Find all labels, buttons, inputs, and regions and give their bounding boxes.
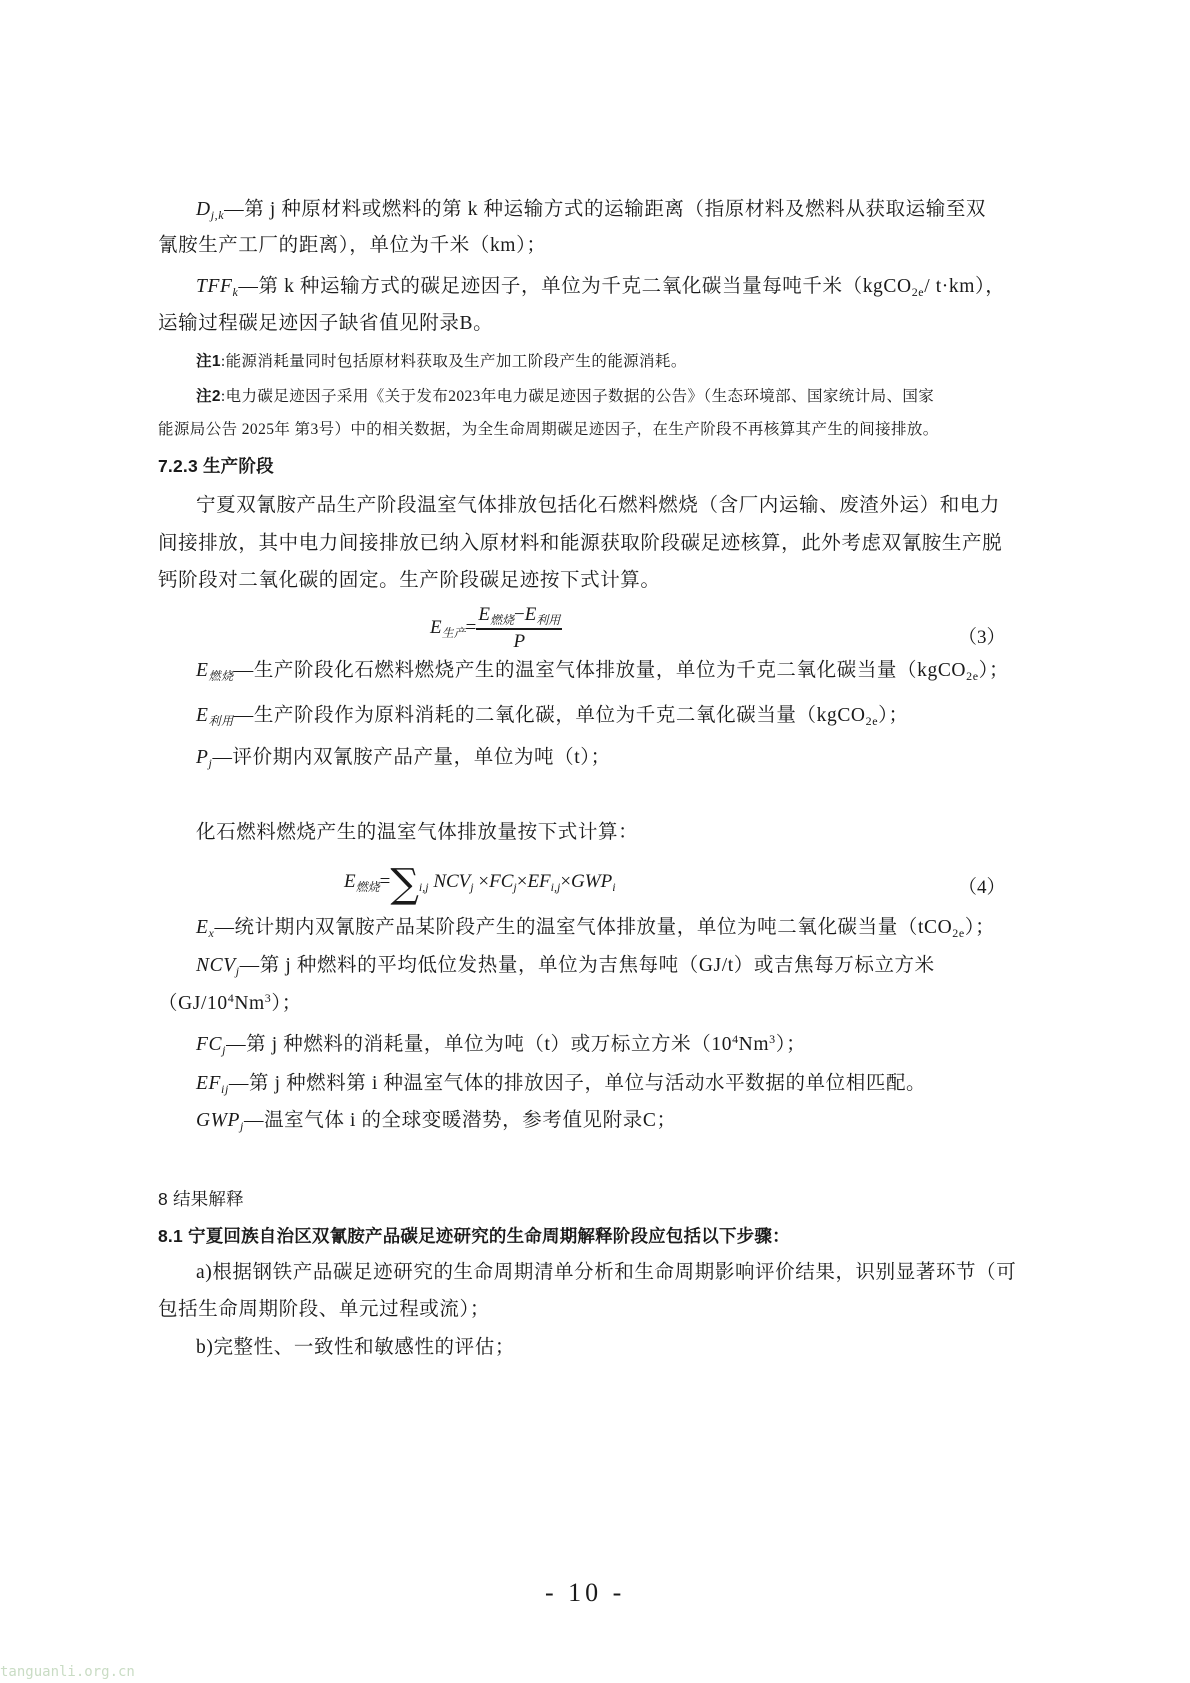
term-sub: j [470,880,473,894]
sum-sub: i,j [419,880,429,894]
minus: − [514,604,525,625]
watermark: tanguanli.org.cn [0,1664,135,1680]
definition-text: —第 j 种燃料第 i 种温室气体的排放因子，单位与活动水平数据的单位相匹配。 [229,1073,926,1094]
term-sub: i,j [551,880,561,894]
unit-text: ）； [271,993,301,1014]
times: × [560,871,571,892]
term-ncv: NCV [433,871,470,892]
definition-p: Pj—评价期内双氰胺产品产量，单位为吨（t）； [196,744,611,772]
symbol: D [196,199,211,220]
term: E [525,604,537,625]
equation-number-4: （4） [958,872,1006,899]
definition-tff-k-cont: 运输过程碳足迹因子缺省值见附录B。 [158,310,493,338]
equation-4: E燃烧=∑i,j NCVj ×FCj×EFi,j×GWPi [344,864,616,904]
symbol: EF [196,1073,221,1094]
symbol: NCV [196,955,236,976]
definition-text-end: ）； [878,705,908,726]
eq-equals: = [466,617,477,638]
definition-e-combustion: E燃烧—生产阶段化石燃料燃烧产生的温室气体排放量，单位为千克二氧化碳当量（kgC… [196,657,1009,685]
symbol: P [196,747,209,768]
term-sub: i [612,880,615,894]
section-heading-7-2-3: 7.2.3 生产阶段 [158,452,274,480]
section-heading-8-1: 8.1 宁夏回族自治区双氰胺产品碳足迹研究的生命周期解释阶段应包括以下步骤： [158,1222,790,1250]
symbol: E [196,660,209,681]
eq-lhs: E [430,617,442,638]
denominator: P [476,630,562,653]
definition-d-jk-cont: 氰胺生产工厂的距离），单位为千米（km）； [158,232,547,260]
unit-subscript: 2e [952,926,965,940]
note-tag: 注1 [196,353,221,370]
paragraph-line: 宁夏双氰胺产品生产阶段温室气体排放包括化石燃料燃烧（含厂内运输、废渣外运）和电力 [196,492,1000,520]
note-1: 注1:能源消耗量同时包括原材料获取及生产加工阶段产生的能源消耗。 [196,348,687,376]
times: × [478,871,489,892]
definition-text: —生产阶段作为原料消耗的二氧化碳，单位为千克二氧化碳当量（kgCO [234,705,866,726]
note-2: 注2:电力碳足迹因子采用《关于发布2023年电力碳足迹因子数据的公告》（生态环境… [196,383,934,411]
definition-e-utilized: E利用—生产阶段作为原料消耗的二氧化碳，单位为千克二氧化碳当量（kgCO2e）； [196,702,909,730]
eq-lhs: E [344,871,356,892]
definition-text: —第 j 种原材料或燃料的第 k 种运输方式的运输距离（指原材料及燃料从获取运输… [224,199,986,220]
superscript: 4 [732,1032,739,1046]
note-tag: 注2 [196,388,221,405]
term-sub: 利用 [536,613,560,627]
definition-text: —第 k 种运输方式的碳足迹因子，单位为千克二氧化碳当量每吨千米（kgCO [238,276,911,297]
eq-lhs-sub: 生产 [442,626,466,640]
fraction: E燃烧−E利用 P [476,604,562,653]
symbol: TFF [196,276,232,297]
definition-text-end: ）； [965,917,995,938]
unit-text: Nm [739,1034,769,1055]
term-sub: 燃烧 [490,613,514,627]
term-fc: FC [489,871,513,892]
term-gwp: GWP [571,871,612,892]
definition-gwp: GWPj—温室气体 i 的全球变暖潜势，参考值见附录C； [196,1107,677,1135]
definition-text: —统计期内双氰胺产品某阶段产生的温室气体排放量，单位为吨二氧化碳当量（tCO [214,917,952,938]
list-item-a: a)根据钢铁产品碳足迹研究的生命周期清单分析和生命周期影响评价结果，识别显著环节… [196,1259,1016,1287]
definition-text: —第 j 种燃料的平均低位发热量，单位为吉焦每吨（GJ/t）或吉焦每万标立方米 [240,955,935,976]
equation-3: E生产= E燃烧−E利用 P [430,604,562,653]
definition-ncv-cont: （GJ/104Nm3）； [158,990,302,1018]
subscript: 利用 [209,714,234,728]
symbol: FC [196,1034,222,1055]
section-heading-8: 8 结果解释 [158,1185,244,1213]
unit-text: ）； [776,1034,806,1055]
definition-e-x: Ex—统计期内双氰胺产品某阶段产生的温室气体排放量，单位为吨二氧化碳当量（tCO… [196,914,995,942]
equation-number-3: （3） [958,622,1006,649]
definition-text-end: / t·km）， [924,276,1005,297]
subscript: 燃烧 [209,669,234,683]
symbol: GWP [196,1110,240,1131]
page-number: - 10 - [545,1578,625,1608]
paragraph-line: 间接排放，其中电力间接排放已纳入原材料和能源获取阶段碳足迹核算，此外考虑双氰胺生… [158,530,1002,558]
document-page: Dj,k—第 j 种原材料或燃料的第 k 种运输方式的运输距离（指原材料及燃料从… [0,0,1190,1683]
definition-text: —第 j 种燃料的消耗量，单位为吨（t）或万标立方米（10 [226,1034,732,1055]
definition-text: —评价期内双氰胺产品产量，单位为吨（t）； [212,747,610,768]
note-text: :能源消耗量同时包括原材料获取及生产加工阶段产生的能源消耗。 [221,353,687,370]
paragraph-line: 钙阶段对二氧化碳的固定。生产阶段碳足迹按下式计算。 [158,567,661,595]
definition-text: —温室气体 i 的全球变暖潜势，参考值见附录C； [244,1110,677,1131]
definition-tff-k: TFFk—第 k 种运输方式的碳足迹因子，单位为千克二氧化碳当量每吨千米（kgC… [196,273,1005,301]
definition-d-jk: Dj,k—第 j 种原材料或燃料的第 k 种运输方式的运输距离（指原材料及燃料从… [196,196,986,224]
paragraph-fossil-intro: 化石燃料燃烧产生的温室气体排放量按下式计算： [196,819,638,847]
symbol: E [196,705,209,726]
definition-text-end: ）； [979,660,1009,681]
subscript: j,k [211,208,224,222]
unit-text: Nm [234,993,264,1014]
term: P [514,631,526,652]
definition-fc: FCj—第 j 种燃料的消耗量，单位为吨（t）或万标立方米（104Nm3）； [196,1031,806,1059]
unit-text: （GJ/10 [158,993,228,1014]
times: × [517,871,528,892]
sum-symbol: ∑ [390,861,419,907]
note-text: :电力碳足迹因子采用《关于发布2023年电力碳足迹因子数据的公告》（生态环境部、… [221,388,934,405]
symbol: E [196,917,209,938]
definition-text: —生产阶段化石燃料燃烧产生的温室气体排放量，单位为千克二氧化碳当量（kgCO [234,660,966,681]
list-item-a-cont: 包括生命周期阶段、单元过程或流）； [158,1296,490,1324]
unit-subscript: 2e [866,714,879,728]
unit-subscript: 2e [966,669,979,683]
definition-ncv: NCVj—第 j 种燃料的平均低位发热量，单位为吉焦每吨（GJ/t）或吉焦每万标… [196,952,935,980]
term: E [478,604,490,625]
superscript: 3 [769,1032,776,1046]
list-item-b: b)完整性、一致性和敏感性的评估； [196,1334,515,1362]
note-2-cont: 能源局公告 2025年 第3号）中的相关数据，为全生命周期碳足迹因子，在生产阶段… [158,416,939,444]
definition-ef: EFij—第 j 种燃料第 i 种温室气体的排放因子，单位与活动水平数据的单位相… [196,1070,926,1098]
eq-equals: = [380,871,391,892]
term-ef: EF [527,871,550,892]
unit-subscript: 2e [912,285,925,299]
numerator: E燃烧−E利用 [476,604,562,630]
subscript: ij [221,1082,229,1096]
eq-lhs-sub: 燃烧 [356,880,380,894]
